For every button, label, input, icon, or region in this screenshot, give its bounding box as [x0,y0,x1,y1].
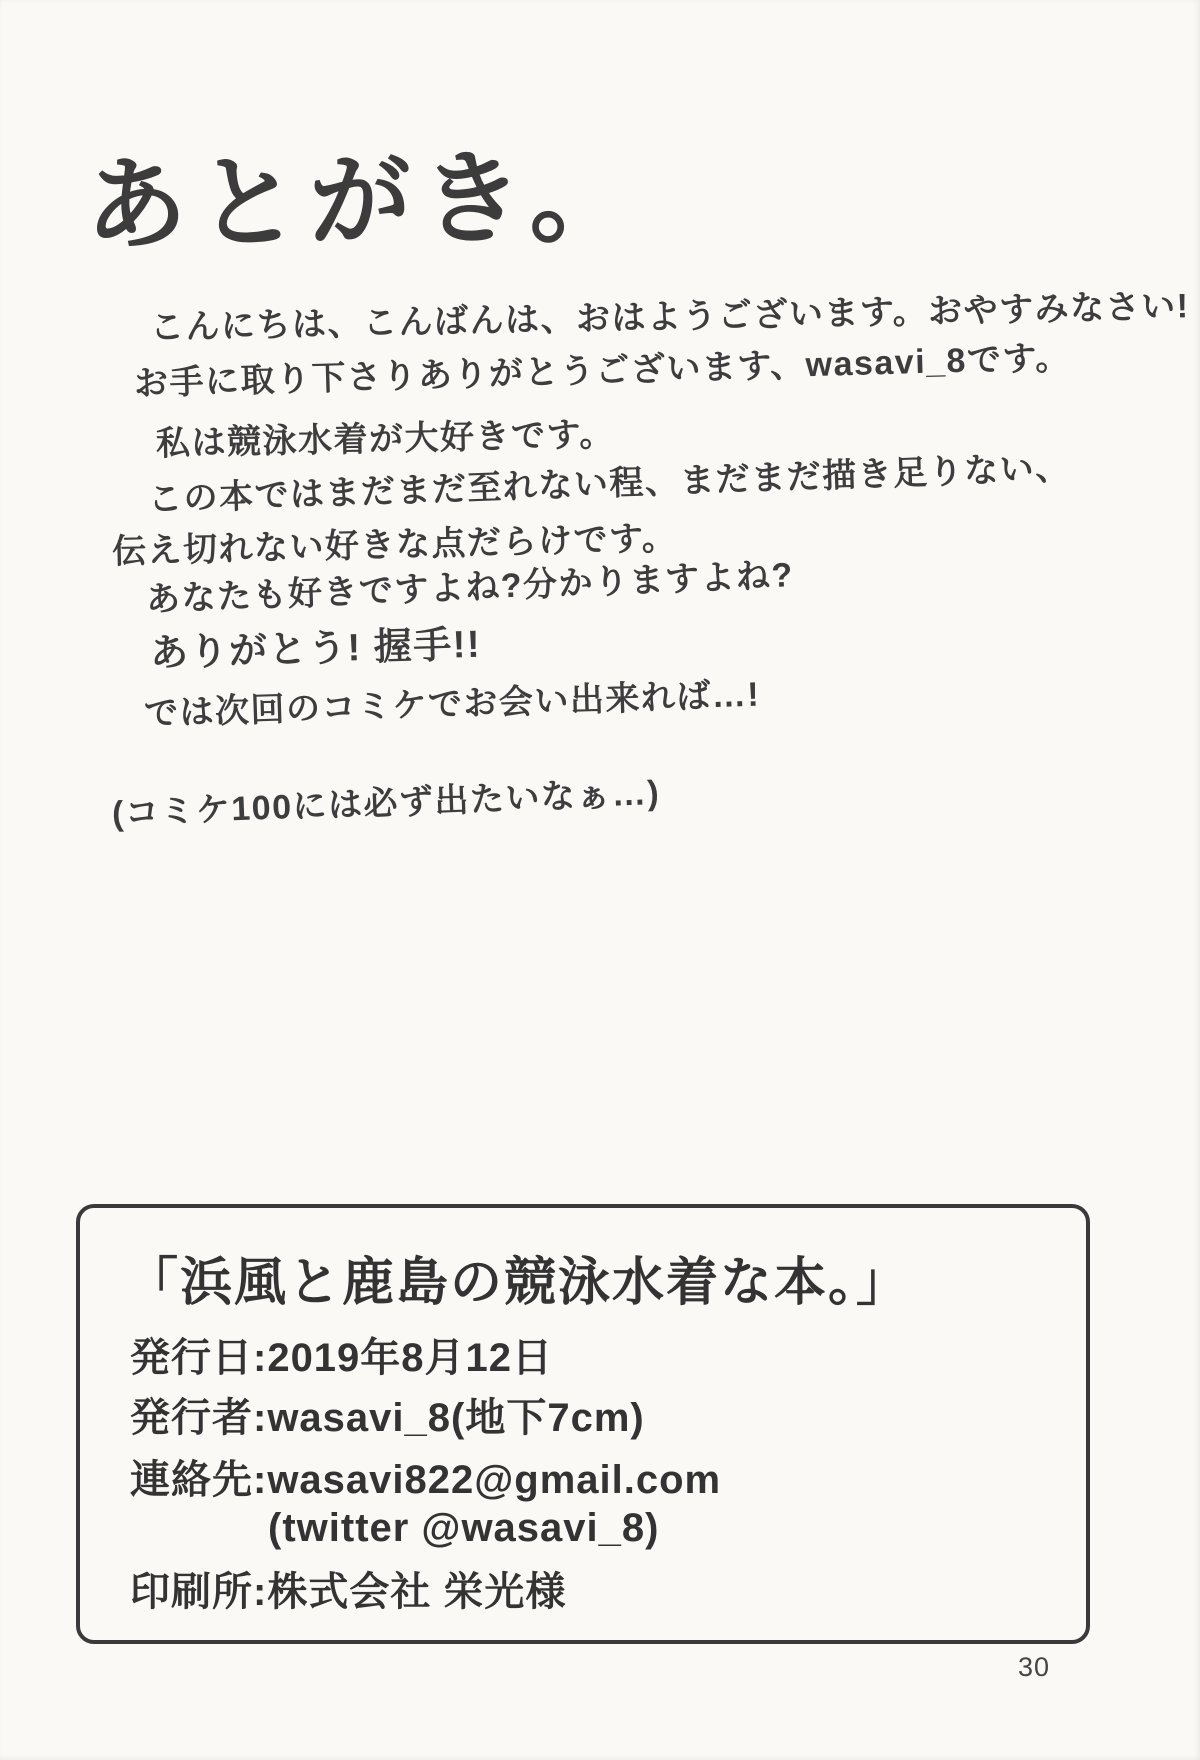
colophon-box: 「浜風と鹿島の競泳水着な本。」 発行日:2019年8月12日 発行者:wasav… [76,1204,1090,1644]
page-number: 30 [1018,1652,1050,1683]
colophon-contact-email: 連絡先:wasavi822@gmail.com [130,1448,721,1505]
handwritten-line-love: 私は競泳水着が大好きです。 [155,406,615,465]
colophon-printer: 印刷所:株式会社 栄光様 [130,1560,566,1617]
handwritten-line-next-comiket: では次回のコミケでお会い出来れば…! [143,667,761,735]
colophon-book-title: 「浜風と鹿島の競泳水着な本。」 [126,1240,910,1315]
scanned-afterword-page: あとがき。 こんにちは、こんばんは、おはようございます。おやすみなさい! お手に… [0,0,1200,1760]
handwritten-line-handshake: ありがとう! 握手!! [149,613,481,677]
colophon-issue-date: 発行日:2019年8月12日 [130,1326,553,1383]
colophon-twitter-handle: (twitter @wasavi_8) [268,1506,659,1551]
handwritten-line-comiket100-note: (コミケ100には必ず出たいなぁ…) [111,765,661,835]
colophon-publisher: 発行者:wasavi_8(地下7cm) [130,1386,645,1443]
afterword-title: あとがき。 [84,115,642,271]
